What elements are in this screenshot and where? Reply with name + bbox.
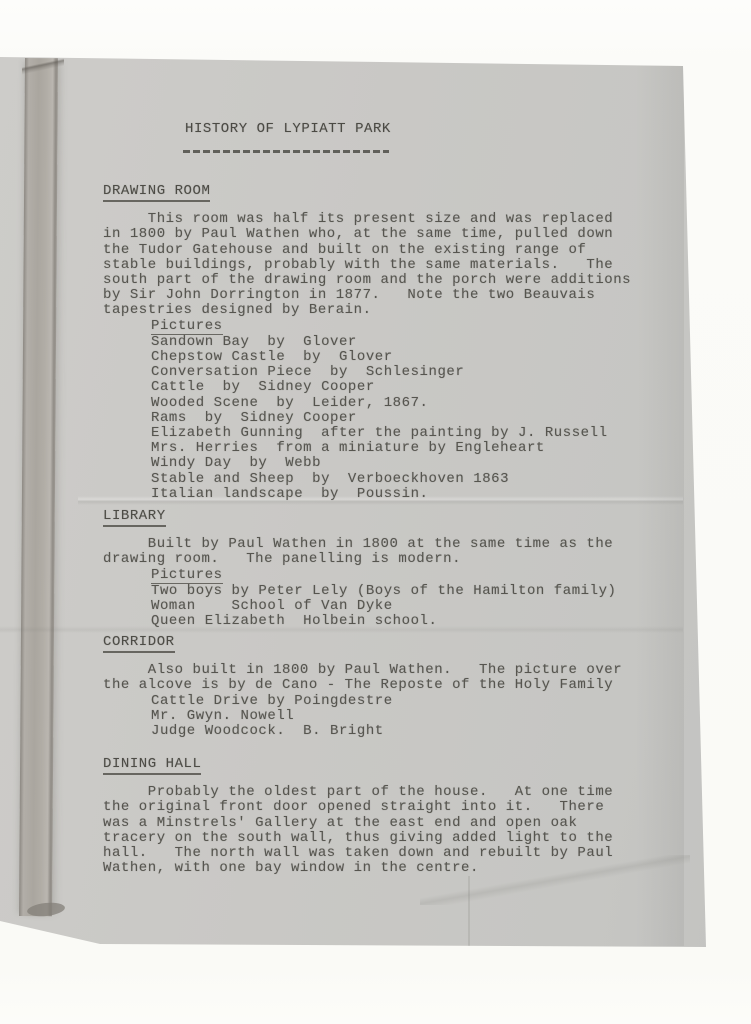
- text-line: hall. The north wall was taken down and …: [103, 846, 688, 861]
- page-title: HISTORY OF LYPIATT PARK: [185, 122, 391, 137]
- section-corridor: CORRIDOR Also built in 1800 by Paul Wath…: [103, 635, 688, 739]
- text-line: south part of the drawing room and the p…: [103, 273, 688, 288]
- text-line: tapestries designed by Berain.: [103, 303, 688, 318]
- pictures-list: Two boys by Peter Lely (Boys of the Hami…: [103, 584, 688, 630]
- text-line: Stable and Sheep by Verboeckhoven 1863: [151, 472, 688, 487]
- pictures-list-label: Pictures: [151, 568, 223, 584]
- section-dining-hall: DINING HALL Probably the oldest part of …: [103, 757, 688, 876]
- text-line: Wathen, with one bay window in the centr…: [103, 861, 688, 876]
- text-line: Two boys by Peter Lely (Boys of the Hami…: [151, 584, 688, 599]
- text-line: Windy Day by Webb: [151, 456, 688, 471]
- section-heading: LIBRARY: [103, 509, 166, 527]
- list-label-row: Pictures: [103, 568, 688, 584]
- text-line: the Tudor Gatehouse and built on the exi…: [103, 243, 688, 258]
- binding-tape-strip: [19, 58, 58, 916]
- section-paragraph: This room was half its present size and …: [103, 212, 688, 318]
- text-line: Sandown Bay by Glover: [151, 335, 688, 350]
- paper-crease-vertical: [468, 876, 470, 946]
- text-line: drawing room. The panelling is modern.: [103, 552, 688, 567]
- text-line: tracery on the south wall, thus giving a…: [103, 831, 688, 846]
- section-library: LIBRARY Built by Paul Wathen in 1800 at …: [103, 509, 688, 629]
- section-heading: DINING HALL: [103, 757, 201, 775]
- pictures-list: Sandown Bay by GloverChepstow Castle by …: [103, 335, 688, 502]
- scanned-paper-sheet: HISTORY OF LYPIATT PARK DRAWING ROOM Thi…: [0, 0, 751, 1024]
- text-line: the original front door opened straight …: [103, 800, 688, 815]
- text-line: Wooded Scene by Leider, 1867.: [151, 396, 688, 411]
- text-line: Chepstow Castle by Glover: [151, 350, 688, 365]
- text-line: Cattle Drive by Poingdestre: [151, 694, 688, 709]
- text-line: the alcove is by de Cano - The Reposte o…: [103, 678, 688, 693]
- text-line: Elizabeth Gunning after the painting by …: [151, 426, 688, 441]
- text-line: Rams by Sidney Cooper: [151, 411, 688, 426]
- section-paragraph: Built by Paul Wathen in 1800 at the same…: [103, 537, 688, 567]
- section-heading: CORRIDOR: [103, 635, 175, 653]
- section-drawing-room: DRAWING ROOM This room was half its pres…: [103, 184, 688, 502]
- scanned-page-background: { "document": { "title": "HISTORY OF LYP…: [0, 0, 751, 1024]
- section-heading: DRAWING ROOM: [103, 184, 210, 202]
- section-paragraph: Also built in 1800 by Paul Wathen. The p…: [103, 663, 688, 693]
- text-line: Italian landscape by Poussin.: [151, 487, 688, 502]
- pictures-list-label: Pictures: [151, 319, 223, 335]
- title-underline: [183, 150, 389, 153]
- text-line: stable buildings, probably with the same…: [103, 258, 688, 273]
- text-line: Woman School of Van Dyke: [151, 599, 688, 614]
- text-line: Judge Woodcock. B. Bright: [151, 724, 688, 739]
- text-line: Cattle by Sidney Cooper: [151, 380, 688, 395]
- binding-fold-mark: [22, 57, 64, 75]
- list-label-row: Pictures: [103, 319, 688, 335]
- section-paragraph: Probably the oldest part of the house. A…: [103, 785, 688, 876]
- text-line: in 1800 by Paul Wathen who, at the same …: [103, 227, 688, 242]
- text-line: Mr. Gwyn. Nowell: [151, 709, 688, 724]
- text-line: Queen Elizabeth Holbein school.: [151, 614, 688, 629]
- pictures-list: Cattle Drive by PoingdestreMr. Gwyn. Now…: [103, 694, 688, 740]
- text-line: was a Minstrels' Gallery at the east end…: [103, 816, 688, 831]
